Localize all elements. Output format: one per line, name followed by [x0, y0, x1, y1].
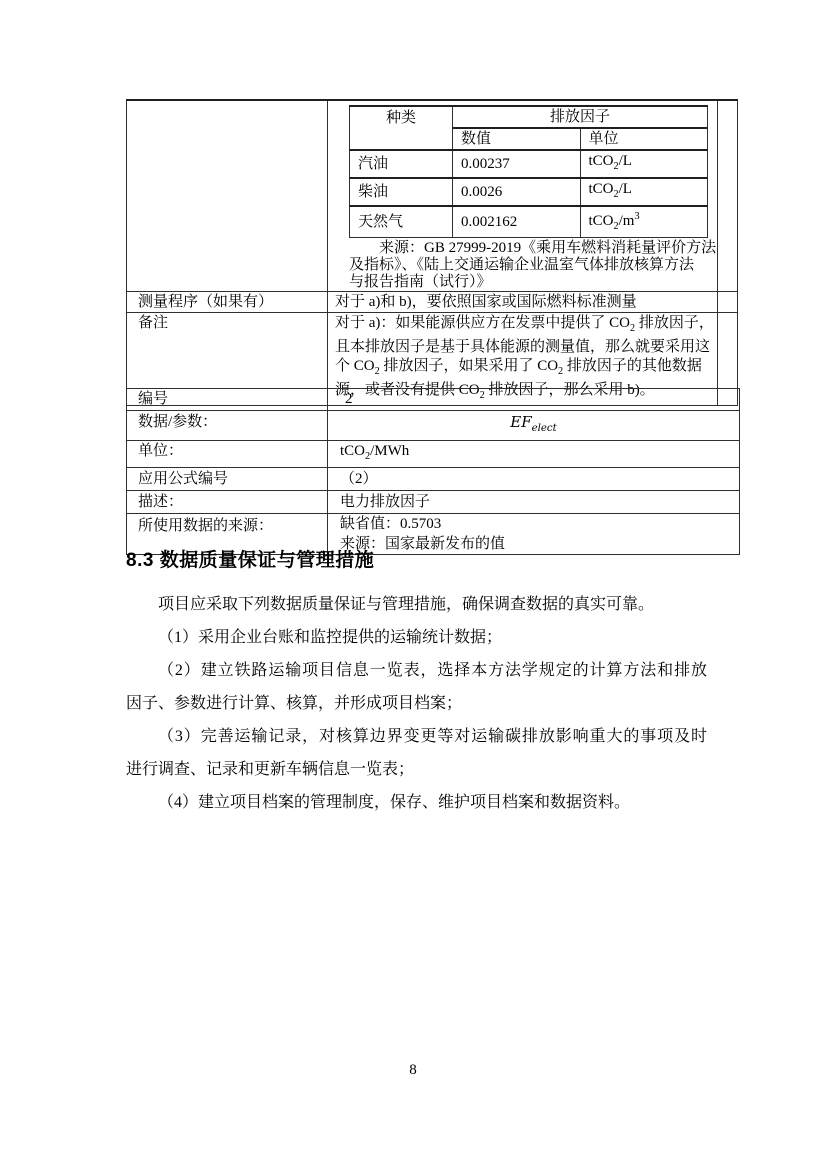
fuel-kind: 柴油	[350, 178, 453, 206]
fuel-unit: tCO2/L	[580, 178, 708, 206]
fuel-factor-table-wrap: 种类 排放因子 数值 单位 汽油 0.00237 tCO2/L 柴油 0.0	[126, 99, 718, 406]
param-description-value: 电力排放因子	[328, 491, 740, 514]
nested-header-unit: 单位	[580, 128, 708, 150]
fuel-nested-table: 种类 排放因子 数值 单位 汽油 0.00237 tCO2/L 柴油 0.0	[349, 105, 708, 238]
fuel-value: 0.0026	[453, 178, 581, 206]
param-unit-label: 单位：	[127, 441, 328, 468]
table-row: 天然气 0.002162 tCO2/m3	[350, 206, 708, 238]
table-row: 单位： tCO2/MWh	[127, 441, 740, 468]
param-description-label: 描述：	[127, 491, 328, 514]
note-line: 个 CO2 排放因子，如果采用了 CO2 排放因子的其他数据	[335, 357, 733, 381]
body-paragraph: （1）采用企业台账和监控提供的运输统计数据；	[126, 621, 707, 654]
param-number-value: 2	[328, 389, 740, 411]
document-page: { "page": { "number": "8" }, "heading": …	[0, 0, 826, 1169]
fuel-factor-table: 种类 排放因子 数值 单位 汽油 0.00237 tCO2/L 柴油 0.0	[126, 99, 738, 406]
param-source-line: 缺省值：0.5703	[340, 514, 735, 534]
section-heading: 8.3 数据质量保证与管理措施	[126, 545, 374, 572]
parameter-table: 编号 2 数据/参数： EFelect 单位： tCO2/MWh 应用公式编号 …	[126, 388, 740, 555]
param-source-line: 来源：国家最新发布的值	[340, 534, 735, 554]
body-paragraph-line: 因子、参数进行计算、核算，并形成项目档案；	[126, 687, 707, 720]
fuel-kind: 汽油	[350, 150, 453, 178]
body-paragraph-line: 进行调查、记录和更新车辆信息一览表；	[126, 753, 707, 786]
table1-row1-label-cell	[127, 100, 328, 292]
note-line: 对于 a)：如果能源供应方在发票中提供了 CO2 排放因子，	[335, 314, 733, 338]
param-data-label: 数据/参数：	[127, 411, 328, 441]
source-line: 来源：GB 27999-2019《乘用车燃料消耗量评价方法	[349, 240, 729, 257]
page-number: 8	[0, 1062, 826, 1079]
table-row: 应用公式编号 （2）	[127, 468, 740, 491]
source-line: 与报告指南（试行）》	[349, 274, 729, 291]
fuel-unit: tCO2/m3	[580, 206, 708, 238]
measure-procedure-value: 对于 a)和 b)，要依照国家或国际燃料标准测量	[328, 292, 738, 313]
nested-header-factor: 排放因子	[453, 106, 708, 128]
nested-header-value: 数值	[453, 128, 581, 150]
fuel-unit: tCO2/L	[580, 150, 708, 178]
table-row: 描述： 电力排放因子	[127, 491, 740, 514]
body-paragraph: 项目应采取下列数据质量保证与管理措施，确保调查数据的真实可靠。	[126, 588, 707, 621]
table-row: 柴油 0.0026 tCO2/L	[350, 178, 708, 206]
table-row: 数据/参数： EFelect	[127, 411, 740, 441]
param-data-value: EFelect	[328, 411, 740, 441]
param-formula-label: 应用公式编号	[127, 468, 328, 491]
measure-procedure-label: 测量程序（如果有）	[127, 292, 328, 313]
note-line: 且本排放因子是基于具体能源的测量值，那么就要采用这	[335, 338, 733, 357]
table-row: 汽油 0.00237 tCO2/L	[350, 150, 708, 178]
nested-header-kind: 种类	[350, 106, 453, 150]
param-unit-value: tCO2/MWh	[328, 441, 740, 468]
body-paragraph: （4）建立项目档案的管理制度，保存、维护项目档案和数据资料。	[126, 786, 707, 819]
body-paragraph-line: （3）完善运输记录，对核算边界变更等对运输碳排放影响重大的事项及时	[126, 720, 707, 753]
param-source-value: 缺省值：0.5703 来源：国家最新发布的值	[328, 514, 740, 555]
table-row: 编号 2	[127, 389, 740, 411]
fuel-kind: 天然气	[350, 206, 453, 238]
source-line: 及指标》、《陆上交通运输企业温室气体排放核算方法	[349, 257, 729, 274]
table-row: 测量程序（如果有） 对于 a)和 b)，要依照国家或国际燃料标准测量	[127, 292, 738, 313]
table1-row1-value-cell: 种类 排放因子 数值 单位 汽油 0.00237 tCO2/L 柴油 0.0	[328, 100, 738, 292]
fuel-value: 0.00237	[453, 150, 581, 178]
fuel-value: 0.002162	[453, 206, 581, 238]
source-citation: 来源：GB 27999-2019《乘用车燃料消耗量评价方法 及指标》、《陆上交通…	[349, 240, 729, 291]
body-text: 项目应采取下列数据质量保证与管理措施，确保调查数据的真实可靠。 （1）采用企业台…	[126, 588, 707, 819]
param-formula-value: （2）	[328, 468, 740, 491]
body-paragraph-line: （2）建立铁路运输项目信息一览表，选择本方法学规定的计算方法和排放	[126, 654, 707, 687]
param-number-label: 编号	[127, 389, 328, 411]
